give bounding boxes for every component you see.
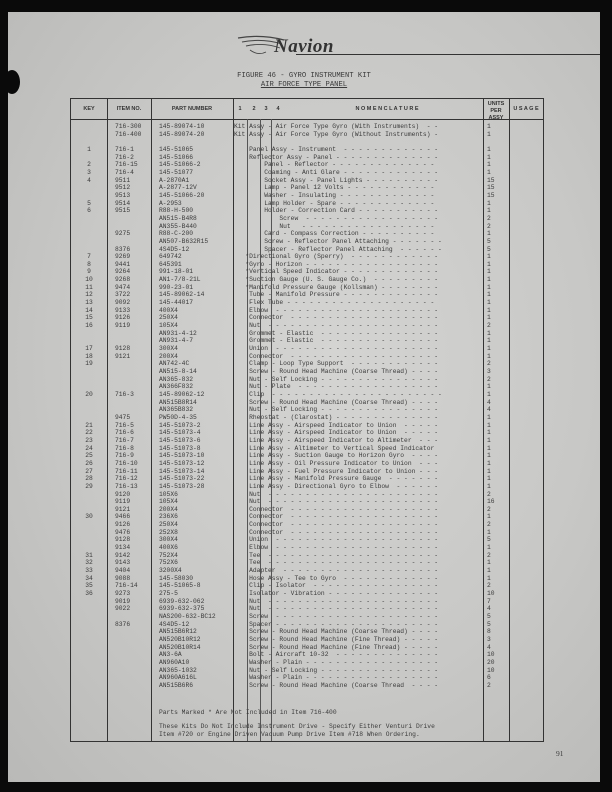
table-cell-key bbox=[73, 246, 105, 254]
table-cell-item: 9119 bbox=[115, 322, 151, 330]
table-cell-units: 1 bbox=[487, 146, 507, 154]
table-cell-key bbox=[73, 491, 105, 499]
table-cell-item: 716-12 bbox=[115, 475, 151, 483]
table-cell-item: 716-11 bbox=[115, 468, 151, 476]
table-cell-item: 9441 bbox=[115, 261, 151, 269]
header-indent-4: 4 bbox=[273, 106, 283, 112]
table-cell-nom: Screw - Round Head Machine (Fine Thread)… bbox=[234, 644, 484, 652]
table-cell-item: 9133 bbox=[115, 307, 151, 315]
table-cell-nom: Line Assy - Airspeed Indicator to Union … bbox=[234, 429, 484, 437]
table-cell-part: A-2877-12V bbox=[159, 184, 233, 192]
table-cell-key bbox=[73, 536, 105, 544]
table-cell-item: 9264 bbox=[115, 268, 151, 276]
table-cell-nom: Line Assy - Suction Gauge to Horizon Gyr… bbox=[234, 452, 484, 460]
table-cell-item: 9126 bbox=[115, 314, 151, 322]
table-cell-units: 1 bbox=[487, 131, 507, 139]
table-cell-item: 9128 bbox=[115, 345, 151, 353]
table-cell-item: 716-13 bbox=[115, 483, 151, 491]
table-cell-item: 9474 bbox=[115, 284, 151, 292]
table-cell-units: 15 bbox=[487, 177, 507, 185]
table-cell-nom: Nut - - - - - - - - - - - - - - - - - - … bbox=[234, 598, 484, 606]
logo-underline bbox=[296, 54, 600, 55]
table-cell-item bbox=[115, 644, 151, 652]
table-cell-units: 15 bbox=[487, 192, 507, 200]
table-cell-key bbox=[73, 131, 105, 139]
table-cell-item: 9121 bbox=[115, 506, 151, 514]
table-cell-units: 2 bbox=[487, 682, 507, 690]
table-cell-nom: Tee - - - - - - - - - - - - - - - - - - … bbox=[234, 559, 484, 567]
figure-title: FIGURE 46 - GYRO INSTRUMENT KIT bbox=[8, 72, 600, 81]
table-cell-units: 1 bbox=[487, 330, 507, 338]
table-cell-part: 645391 bbox=[159, 261, 233, 269]
table-cell-nom: Line Assy - Fuel Pressure Indicator to U… bbox=[234, 468, 484, 476]
header-units-line1: UNITS bbox=[488, 101, 505, 107]
table-cell-units: 5 bbox=[487, 621, 507, 629]
table-cell-key: 7 bbox=[73, 253, 105, 261]
table-cell-item: 9121 bbox=[115, 353, 151, 361]
table-cell-units: 5 bbox=[487, 246, 507, 254]
table-cell-part: AN355-B440 bbox=[159, 223, 233, 231]
table-cell-part: NAS200-632-BC12 bbox=[159, 613, 233, 621]
table-cell-item bbox=[115, 330, 151, 338]
table-cell-part: 752X4 bbox=[159, 552, 233, 560]
table-cell-key bbox=[73, 544, 105, 552]
table-cell-key: 35 bbox=[73, 582, 105, 590]
table-cell-key: 29 bbox=[73, 483, 105, 491]
table-cell-units: 2 bbox=[487, 215, 507, 223]
table-cell-key bbox=[73, 337, 105, 345]
table-cell-units: 5 bbox=[487, 613, 507, 621]
table-cell-part: 400X6 bbox=[159, 544, 233, 552]
table-cell-part: AN931-4-12 bbox=[159, 330, 233, 338]
header-key: KEY bbox=[71, 106, 107, 112]
table-cell-part: 145-89062-14 bbox=[159, 291, 233, 299]
header-item-no: ITEM NO. bbox=[107, 106, 151, 112]
header-part-number: PART NUMBER bbox=[151, 106, 233, 112]
table-cell-part: AN960A10 bbox=[159, 659, 233, 667]
table-cell-item: 9512 bbox=[115, 184, 151, 192]
table-cell-nom: Grommet - Elastic - - - - - - - - - - - … bbox=[234, 330, 484, 338]
table-cell-item: 9019 bbox=[115, 598, 151, 606]
table-cell-part: AN365B832 bbox=[159, 406, 233, 414]
table-cell-nom: Elbow - - - - - - - - - - - - - - - - - … bbox=[234, 307, 484, 315]
table-cell-key: 26 bbox=[73, 460, 105, 468]
table-cell-part: 300X4 bbox=[159, 536, 233, 544]
table-cell-part: AN515B6R6 bbox=[159, 682, 233, 690]
table-cell-key: 11 bbox=[73, 284, 105, 292]
table-cell-units: 2 bbox=[487, 521, 507, 529]
table-cell-nom: Screw - Round Head Machine (Coarse Threa… bbox=[234, 628, 484, 636]
nomenclature-column: Kit Assy - Air Force Type Gyro (With Ins… bbox=[234, 123, 484, 690]
table-cell-key: 34 bbox=[73, 575, 105, 583]
table-cell-nom: *Vertical Speed Indicator - - - - - - - … bbox=[234, 268, 484, 276]
table-cell-part: 145-51073-28 bbox=[159, 483, 233, 491]
table-cell-key bbox=[73, 651, 105, 659]
table-cell-nom: Union - - - - - - - - - - - - - - - - - … bbox=[234, 536, 484, 544]
table-cell-nom: Nut - Plate - - - - - - - - - - - - - - … bbox=[234, 383, 484, 391]
header-usage: U S A G E bbox=[509, 106, 543, 112]
table-cell-units: 7 bbox=[487, 598, 507, 606]
table-cell-item: 9143 bbox=[115, 559, 151, 567]
table-cell-item: 716-2 bbox=[115, 154, 151, 162]
table-cell-nom: Line Assy - Directional Gyro to Elbow - … bbox=[234, 483, 484, 491]
table-cell-nom: Connector - - - - - - - - - - - - - - - … bbox=[234, 513, 484, 521]
table-cell-key: 33 bbox=[73, 567, 105, 575]
table-cell-units: 1 bbox=[487, 276, 507, 284]
table-cell-key bbox=[73, 506, 105, 514]
table-cell-nom: Clamp - Loop Type Support - - - - - - - … bbox=[234, 360, 484, 368]
table-cell-units: 2 bbox=[487, 552, 507, 560]
table-cell-nom: Lamp Holder - Spare - - - - - - - - - - … bbox=[234, 200, 484, 208]
table-cell-key bbox=[73, 230, 105, 238]
table-cell-nom: Nut - - - - - - - - - - - - - - - - - - … bbox=[234, 322, 484, 330]
table-cell-item: 716-9 bbox=[115, 452, 151, 460]
table-cell-nom: Lamp - Panel 12 Volts - - - - - - - - - … bbox=[234, 184, 484, 192]
table-cell-key: 19 bbox=[73, 360, 105, 368]
table-cell-nom: Screw - - - - - - - - - - - - - - - - - … bbox=[234, 215, 484, 223]
table-cell-part: 145-44017 bbox=[159, 299, 233, 307]
table-cell-part: 145-89074-20 bbox=[159, 131, 233, 139]
table-cell-item bbox=[115, 138, 151, 146]
table-cell-key bbox=[73, 498, 105, 506]
table-cell-nom: Washer - Plain - - - - - - - - - - - - -… bbox=[234, 674, 484, 682]
table-cell-nom: Line Assy - Airspeed Indicator to Union … bbox=[234, 422, 484, 430]
table-cell-part: 250X4 bbox=[159, 314, 233, 322]
table-cell-part: AN960A616L bbox=[159, 674, 233, 682]
table-cell-key bbox=[73, 598, 105, 606]
table-cell-key bbox=[73, 330, 105, 338]
table-cell-key: 2 bbox=[73, 161, 105, 169]
table-cell-nom: Card - Compass Correction - - - - - - - … bbox=[234, 230, 484, 238]
table-cell-key bbox=[73, 376, 105, 384]
table-cell-key bbox=[73, 682, 105, 690]
table-cell-units: 1 bbox=[487, 544, 507, 552]
table-cell-units: 8 bbox=[487, 628, 507, 636]
page-number: 91 bbox=[556, 749, 564, 758]
table-cell-part: 145-51065-8 bbox=[159, 582, 233, 590]
table-cell-part: AN365-832 bbox=[159, 376, 233, 384]
table-cell-item: 9404 bbox=[115, 567, 151, 575]
table-cell-units: 1 bbox=[487, 353, 507, 361]
header-indent-3: 3 bbox=[261, 106, 271, 112]
table-cell-nom: Line Assy - Manifold Pressure Gauge - - … bbox=[234, 475, 484, 483]
table-cell-part: AN931-4-7 bbox=[159, 337, 233, 345]
table-cell-nom: Line Assy - Oil Pressure Indicator to Un… bbox=[234, 460, 484, 468]
units-column: 1111111515151122155111111111211112321144… bbox=[487, 123, 507, 690]
table-cell-key: 9 bbox=[73, 268, 105, 276]
table-cell-units: 3 bbox=[487, 636, 507, 644]
table-cell-part: AN515B6R12 bbox=[159, 628, 233, 636]
table-cell-item bbox=[115, 399, 151, 407]
table-cell-part bbox=[159, 138, 233, 146]
table-cell-units: 1 bbox=[487, 123, 507, 131]
table-cell-units: 5 bbox=[487, 238, 507, 246]
table-cell-nom: Kit Assy - Air Force Type Gyro (With Ins… bbox=[234, 123, 484, 131]
table-cell-units: 10 bbox=[487, 651, 507, 659]
table-cell-part: 990-23-01 bbox=[159, 284, 233, 292]
table-cell-item: 9514 bbox=[115, 200, 151, 208]
col-divider bbox=[107, 99, 108, 741]
table-cell-units: 4 bbox=[487, 399, 507, 407]
table-cell-key: 14 bbox=[73, 307, 105, 315]
table-cell-part: 649742 bbox=[159, 253, 233, 261]
table-cell-part: 4S4D5-12 bbox=[159, 621, 233, 629]
table-cell-part: 105X6 bbox=[159, 491, 233, 499]
table-cell-units: 2 bbox=[487, 491, 507, 499]
table-cell-key: 30 bbox=[73, 513, 105, 521]
table-cell-nom bbox=[234, 138, 484, 146]
table-cell-units: 10 bbox=[487, 590, 507, 598]
note-excluded-parts: Parts Marked * Are Not Included in Item … bbox=[159, 709, 337, 717]
table-cell-part: 145-51066 bbox=[159, 154, 233, 162]
table-cell-key: 36 bbox=[73, 590, 105, 598]
table-cell-item: 9275 bbox=[115, 230, 151, 238]
table-cell-key bbox=[73, 521, 105, 529]
table-cell-units: 1 bbox=[487, 299, 507, 307]
table-cell-item bbox=[115, 360, 151, 368]
header-units: UNITSPER ASSY bbox=[483, 101, 509, 122]
table-cell-units: 1 bbox=[487, 161, 507, 169]
table-cell-part: 145-51073-22 bbox=[159, 475, 233, 483]
table-cell-part: 3200X4 bbox=[159, 567, 233, 575]
table-cell-nom: Screw - - - - - - - - - - - - - - - - - … bbox=[234, 613, 484, 621]
table-cell-key bbox=[73, 123, 105, 131]
table-cell-key bbox=[73, 667, 105, 675]
table-cell-nom: Flex Tube - - - - - - - - - - - - - - - … bbox=[234, 299, 484, 307]
table-cell-nom: Isolator - Vibration - - - - - - - - - -… bbox=[234, 590, 484, 598]
table-cell-nom: Panel - Reflector - - - - - - - - - - - … bbox=[234, 161, 484, 169]
table-cell-item bbox=[115, 674, 151, 682]
table-cell-part: AN365-1032 bbox=[159, 667, 233, 675]
table-cell-part: 145-89074-10 bbox=[159, 123, 233, 131]
table-cell-part: 145-51073-8 bbox=[159, 445, 233, 453]
table-cell-units: 1 bbox=[487, 429, 507, 437]
table-cell-item: 9476 bbox=[115, 529, 151, 537]
table-cell-units: 4 bbox=[487, 406, 507, 414]
table-cell-units: 1 bbox=[487, 169, 507, 177]
table-cell-item: 716-400 bbox=[115, 131, 151, 139]
table-cell-key: 3 bbox=[73, 169, 105, 177]
table-cell-nom: Panel Assy - Instrument - - - - - - - - … bbox=[234, 146, 484, 154]
table-cell-item: 9466 bbox=[115, 513, 151, 521]
table-cell-item bbox=[115, 682, 151, 690]
table-cell-item bbox=[115, 613, 151, 621]
table-cell-item bbox=[115, 337, 151, 345]
table-cell-key bbox=[73, 223, 105, 231]
table-cell-key: 20 bbox=[73, 391, 105, 399]
table-cell-part: AN515-B4R8 bbox=[159, 215, 233, 223]
table-cell-key: 22 bbox=[73, 429, 105, 437]
table-cell-units: 1 bbox=[487, 483, 507, 491]
table-cell-key bbox=[73, 154, 105, 162]
table-cell-units: 1 bbox=[487, 268, 507, 276]
table-cell-key bbox=[73, 238, 105, 246]
table-cell-key bbox=[73, 529, 105, 537]
table-cell-key bbox=[73, 621, 105, 629]
table-cell-part: 145-51073-10 bbox=[159, 452, 233, 460]
table-cell-units: 10 bbox=[487, 667, 507, 675]
table-cell-part: 4S4D5-12 bbox=[159, 246, 233, 254]
table-cell-units: 1 bbox=[487, 291, 507, 299]
table-cell-key: 15 bbox=[73, 314, 105, 322]
table-cell-key: 27 bbox=[73, 468, 105, 476]
table-cell-part: AN520B10R14 bbox=[159, 644, 233, 652]
table-cell-item: 9022 bbox=[115, 605, 151, 613]
table-cell-part: 105X4 bbox=[159, 322, 233, 330]
table-cell-part: A-2953 bbox=[159, 200, 233, 208]
table-cell-units: 2 bbox=[487, 582, 507, 590]
table-cell-units: 6 bbox=[487, 674, 507, 682]
table-cell-part: 145-51073-14 bbox=[159, 468, 233, 476]
table-cell-item bbox=[115, 215, 151, 223]
table-cell-nom: Hose Assy - Tee to Gyro - - - - - - - - … bbox=[234, 575, 484, 583]
table-cell-units: 1 bbox=[487, 452, 507, 460]
table-cell-nom: Connector - - - - - - - - - - - - - - - … bbox=[234, 521, 484, 529]
table-cell-key: 23 bbox=[73, 437, 105, 445]
table-cell-item bbox=[115, 406, 151, 414]
table-cell-item bbox=[115, 667, 151, 675]
table-cell-nom: Nut - - - - - - - - - - - - - - - - - - bbox=[234, 223, 484, 231]
table-cell-key bbox=[73, 383, 105, 391]
table-cell-part: AN1-7/8-21L bbox=[159, 276, 233, 284]
table-cell-key bbox=[73, 192, 105, 200]
table-cell-nom: Tube - Manifold Pressure - - - - - - - -… bbox=[234, 291, 484, 299]
table-cell-item bbox=[115, 223, 151, 231]
figure-subtitle: AIR FORCE TYPE PANEL bbox=[8, 81, 600, 90]
table-cell-nom: Nut - Self Locking - - - - - - - - - - -… bbox=[234, 376, 484, 384]
table-cell-units: 2 bbox=[487, 506, 507, 514]
table-cell-units: 1 bbox=[487, 445, 507, 453]
table-cell-key: 28 bbox=[73, 475, 105, 483]
table-cell-part: 145-51073-2 bbox=[159, 422, 233, 430]
table-cell-nom: Bolt - Aircraft 10-32 - - - - - - - - - … bbox=[234, 651, 484, 659]
table-cell-part: R88-C-200 bbox=[159, 230, 233, 238]
table-cell-nom: *Manifold Pressure Gauge (Kollsman) - - … bbox=[234, 284, 484, 292]
table-cell-nom: Elbow - - - - - - - - - - - - - - - - - … bbox=[234, 544, 484, 552]
table-cell-units: 1 bbox=[487, 154, 507, 162]
table-cell-nom: Adapter - - - - - - - - - - - - - - - - … bbox=[234, 567, 484, 575]
table-cell-item: 9092 bbox=[115, 299, 151, 307]
table-cell-units: 1 bbox=[487, 207, 507, 215]
table-cell-nom: Clip - - - - - - - - - - - - - - - - - -… bbox=[234, 391, 484, 399]
table-cell-units: 1 bbox=[487, 475, 507, 483]
table-cell-nom: Socket Assy - Panel Lights - - - - - - -… bbox=[234, 177, 484, 185]
table-cell-item: 9515 bbox=[115, 207, 151, 215]
note-drive-line1: These Kits Do Not Include Instrument Dri… bbox=[159, 723, 435, 731]
table-cell-nom: Connector - - - - - - - - - - - - - - - … bbox=[234, 506, 484, 514]
table-cell-part: 145-51077 bbox=[159, 169, 233, 177]
table-cell-key: 31 bbox=[73, 552, 105, 560]
table-cell-key: 13 bbox=[73, 299, 105, 307]
table-cell-units: 5 bbox=[487, 536, 507, 544]
table-cell-item bbox=[115, 376, 151, 384]
table-cell-key bbox=[73, 636, 105, 644]
table-cell-item: 3722 bbox=[115, 291, 151, 299]
key-column: 1234567891011121314151617181920212223242… bbox=[73, 123, 105, 690]
table-cell-item: 9268 bbox=[115, 276, 151, 284]
table-cell-nom: Washer - Plain - - - - - - - - - - - - -… bbox=[234, 659, 484, 667]
table-cell-part: 145-51065 bbox=[159, 146, 233, 154]
table-cell-nom: Nut - Self Locking - - - - - - - - - - -… bbox=[234, 667, 484, 675]
table-cell-key bbox=[73, 605, 105, 613]
table-cell-nom: Clip - Isolator - - - - - - - - - - - - … bbox=[234, 582, 484, 590]
table-cell-units: 1 bbox=[487, 307, 507, 315]
table-cell-key: 24 bbox=[73, 445, 105, 453]
table-cell-key: 4 bbox=[73, 177, 105, 185]
table-cell-item: 716-7 bbox=[115, 437, 151, 445]
table-cell-part: PW50D-4-35 bbox=[159, 414, 233, 422]
table-cell-nom: Rheostat - (Clarostat) - - - - - - - - -… bbox=[234, 414, 484, 422]
table-cell-units: 16 bbox=[487, 498, 507, 506]
table-cell-part: 250X4 bbox=[159, 521, 233, 529]
table-cell-key bbox=[73, 644, 105, 652]
table-cell-part: 145-58030 bbox=[159, 575, 233, 583]
table-cell-key bbox=[73, 399, 105, 407]
table-cell-part: AN515-8-14 bbox=[159, 368, 233, 376]
table-cell-nom: Nut - - - - - - - - - - - - - - - - - - … bbox=[234, 491, 484, 499]
table-cell-part: AN366F832 bbox=[159, 383, 233, 391]
table-cell-item: 9134 bbox=[115, 544, 151, 552]
table-cell-units: 1 bbox=[487, 253, 507, 261]
table-cell-units: 1 bbox=[487, 230, 507, 238]
header-units-line2: PER ASSY bbox=[489, 108, 504, 121]
table-cell-item bbox=[115, 628, 151, 636]
table-cell-item bbox=[115, 238, 151, 246]
table-cell-units: 1 bbox=[487, 284, 507, 292]
table-cell-item: 716-5 bbox=[115, 422, 151, 430]
table-cell-part: AN3-6A bbox=[159, 651, 233, 659]
table-cell-key bbox=[73, 368, 105, 376]
table-cell-units: 4 bbox=[487, 605, 507, 613]
table-cell-key: 32 bbox=[73, 559, 105, 567]
table-cell-nom: Tee - - - - - - - - - - - - - - - - - - … bbox=[234, 552, 484, 560]
table-cell-units: 1 bbox=[487, 261, 507, 269]
table-cell-part: R88-H-500 bbox=[159, 207, 233, 215]
header-indent-1: 1 bbox=[235, 106, 245, 112]
table-cell-item: 716-10 bbox=[115, 460, 151, 468]
table-cell-part: 145-51073-4 bbox=[159, 429, 233, 437]
table-cell-key: 10 bbox=[73, 276, 105, 284]
document-page: Navion FIGURE 46 - GYRO INSTRUMENT KIT A… bbox=[8, 12, 600, 782]
table-cell-key bbox=[73, 659, 105, 667]
table-cell-nom: Connector - - - - - - - - - - - - - - - … bbox=[234, 529, 484, 537]
table-cell-item bbox=[115, 659, 151, 667]
table-cell-part: 236X6 bbox=[159, 513, 233, 521]
table-cell-units: 1 bbox=[487, 567, 507, 575]
table-cell-item bbox=[115, 383, 151, 391]
table-cell-nom: Kit Assy - Air Force Type Gyro (Without … bbox=[234, 131, 484, 139]
table-cell-part: 200X4 bbox=[159, 353, 233, 361]
table-cell-part: AN507-B632R15 bbox=[159, 238, 233, 246]
table-cell-nom: Screw - Round Head Machine (Coarse Threa… bbox=[234, 368, 484, 376]
table-cell-units: 1 bbox=[487, 391, 507, 399]
table-cell-item: 716-3 bbox=[115, 391, 151, 399]
table-cell-item: 716-8 bbox=[115, 445, 151, 453]
parts-table: KEY ITEM NO. PART NUMBER 1 2 3 4 N O M E… bbox=[70, 98, 544, 742]
header-indent-2: 2 bbox=[249, 106, 259, 112]
table-cell-nom: Washer - Insulating - - - - - - - - - - … bbox=[234, 192, 484, 200]
table-cell-nom: Spacer - Reflector Panel Attaching - - -… bbox=[234, 246, 484, 254]
table-cell-part: 145-51073-12 bbox=[159, 460, 233, 468]
table-cell-key: 21 bbox=[73, 422, 105, 430]
table-cell-item bbox=[115, 368, 151, 376]
table-cell-part: 145-51066-2 bbox=[159, 161, 233, 169]
table-cell-key: 12 bbox=[73, 291, 105, 299]
table-cell-part: 6939-632-062 bbox=[159, 598, 233, 606]
table-cell-key: 5 bbox=[73, 200, 105, 208]
table-cell-item: 9142 bbox=[115, 552, 151, 560]
table-cell-item: 9513 bbox=[115, 192, 151, 200]
